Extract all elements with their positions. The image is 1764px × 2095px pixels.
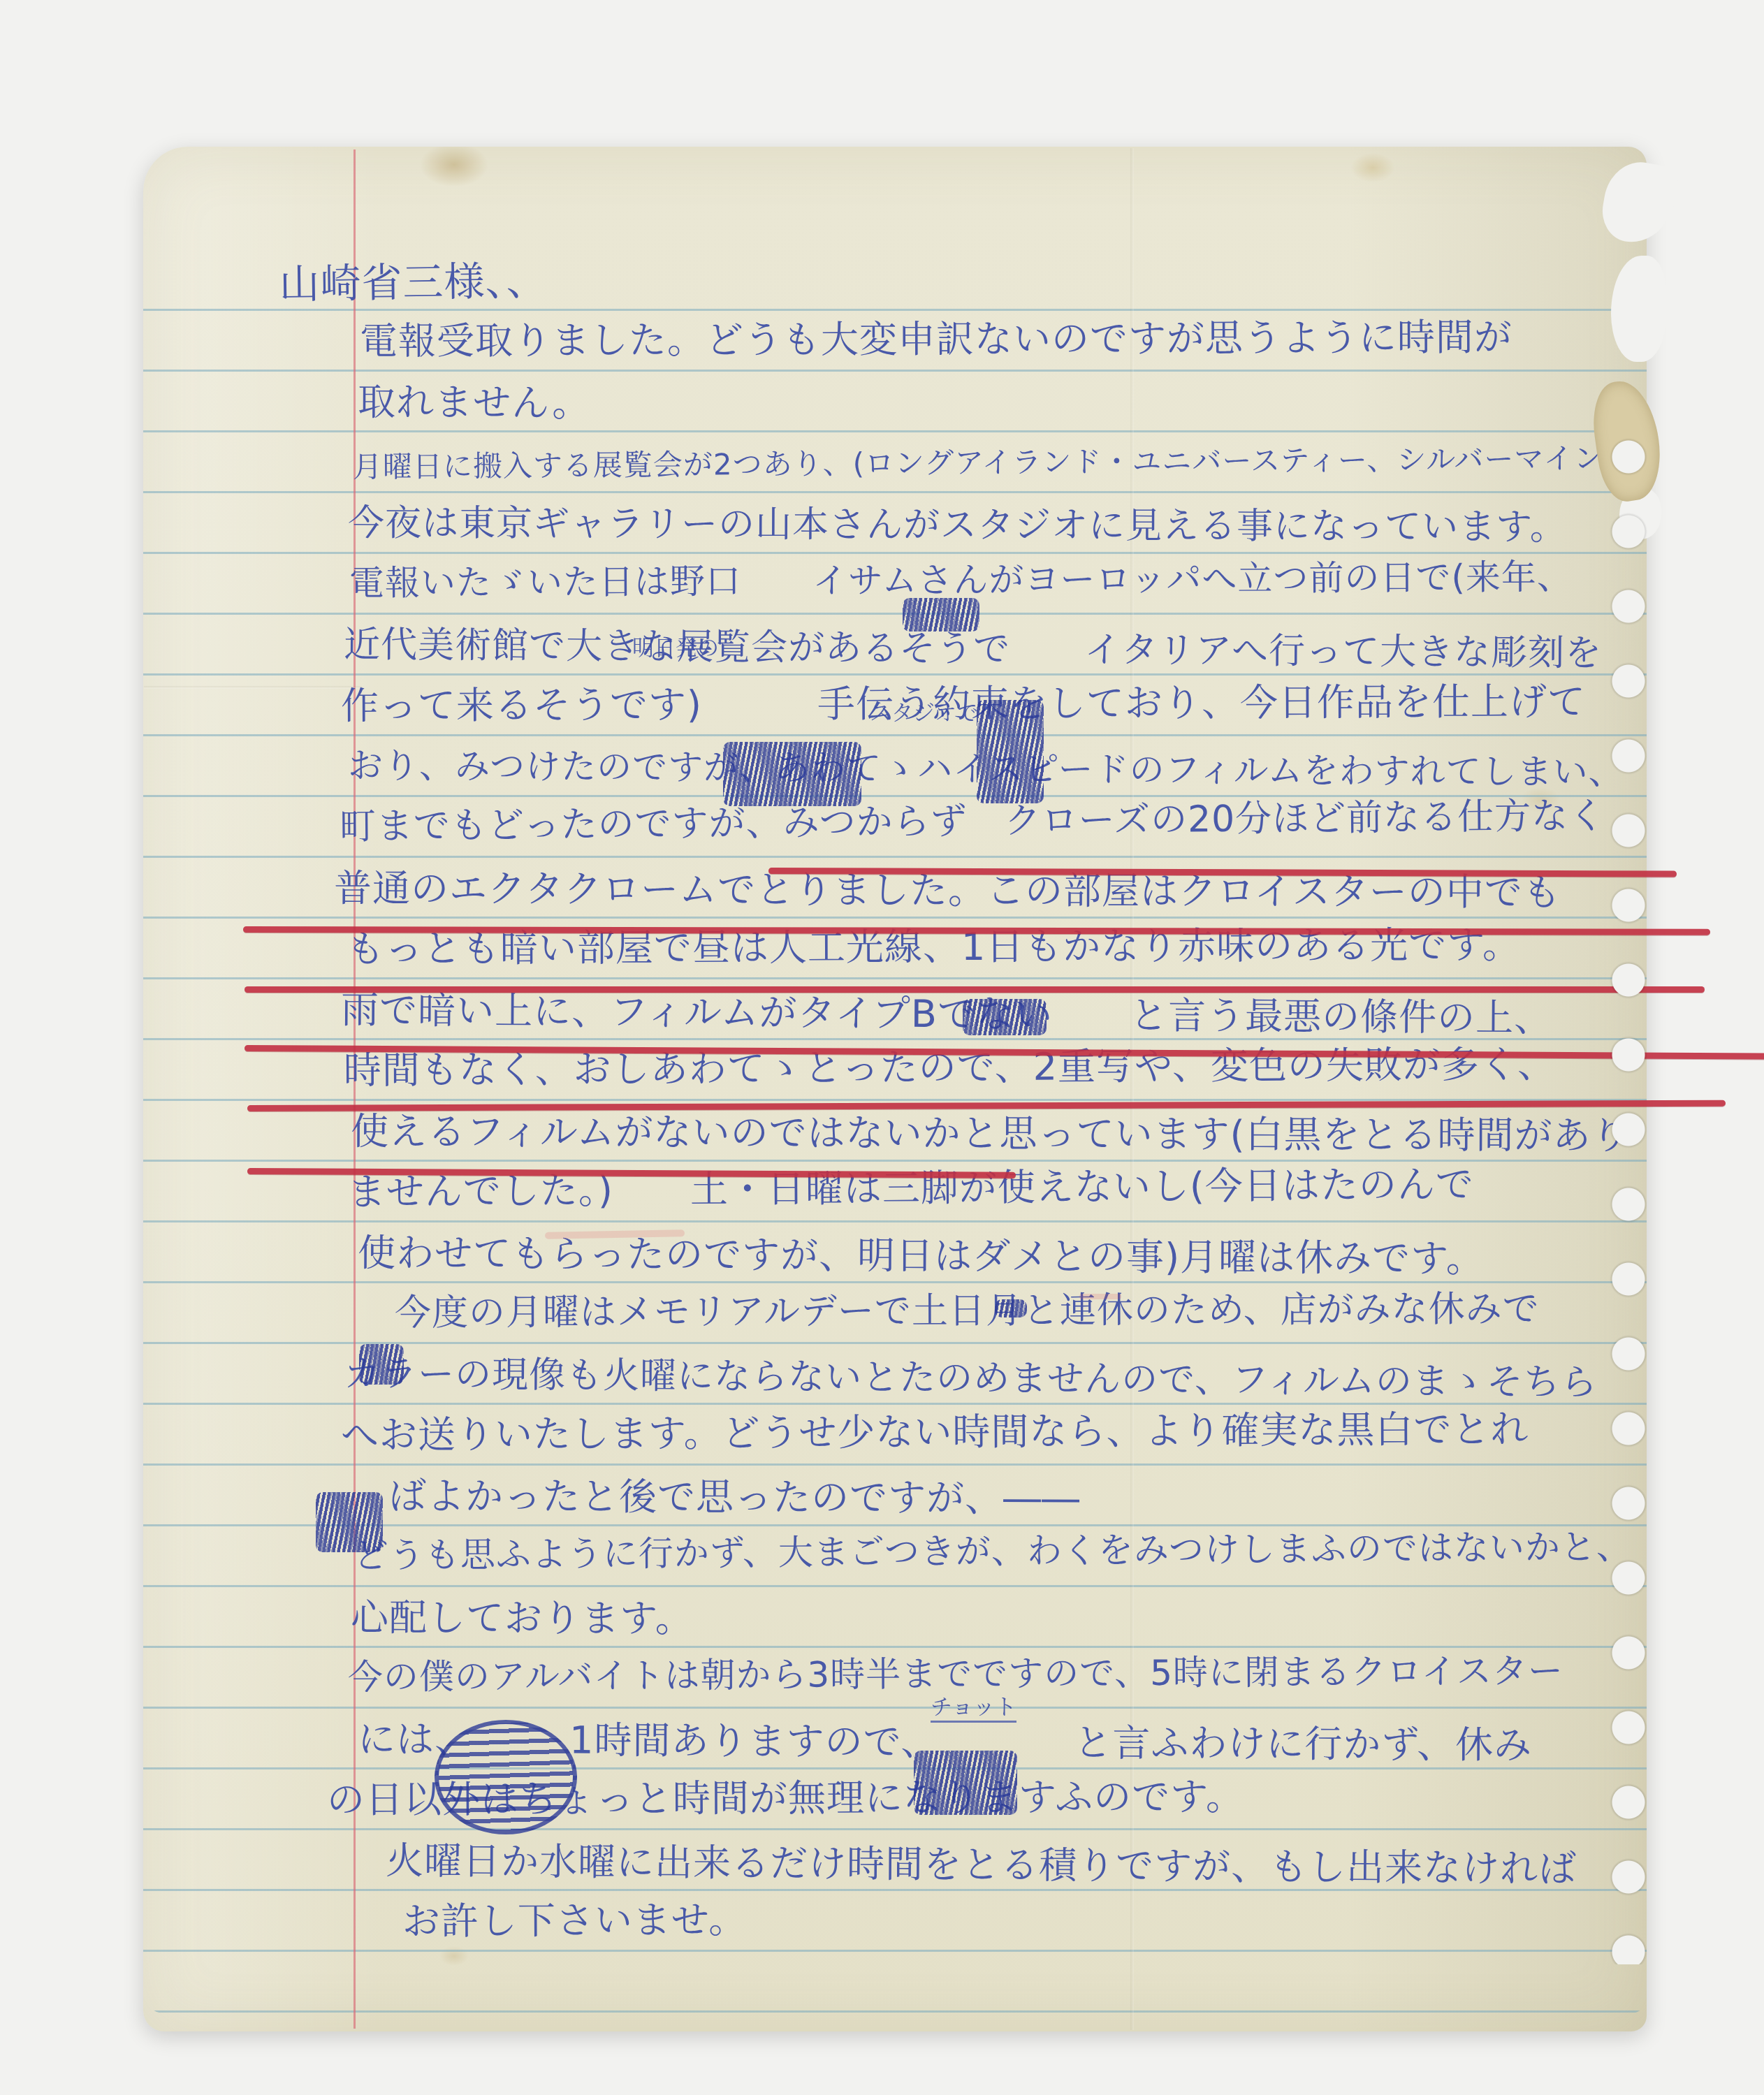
ink-scribble xyxy=(723,742,861,806)
scanned-letter-page: { "document_type": "handwritten letter (… xyxy=(0,0,1764,2095)
letter-line: 取れません。 xyxy=(358,384,591,423)
letter-line: お許し下さいませ。 xyxy=(402,1901,748,1941)
letter-line: 心配しております。 xyxy=(351,1599,694,1638)
ink-scribble xyxy=(914,1751,1017,1815)
interlinear-insertion: スタジオで xyxy=(870,695,978,727)
letter-line: ばよかったと後で思ったのですが、―― xyxy=(388,1477,1080,1517)
spiral-binding-holes xyxy=(1605,419,1652,1964)
letter-line: へお送りいたします。どうせ少ない時間なら、より確実な黒白でとれ xyxy=(341,1410,1529,1454)
letter-line: 町までもどったのですが、みつからず クローズの20分ほど前なる仕方なく xyxy=(340,798,1606,845)
letter-line: 山崎省三様、、 xyxy=(279,261,548,305)
letter-line: どうも思ふように行かず、大まごつきが、わくをみつけしまふのではないかと、 xyxy=(353,1529,1632,1573)
letter-line: 使わせてもらったのですが、明日はダメとの事)月曜は休みです。 xyxy=(358,1234,1485,1278)
letter-line: 電報いたゞいた日は野口 イサムさんがヨーロッパへ立つ前の日で(来年、 xyxy=(349,560,1573,601)
ink-scribble xyxy=(316,1492,383,1552)
letter-line: 火曜日か水曜に出来るだけ時間をとる積りですが、もし出来なければ xyxy=(386,1842,1577,1888)
ink-scribble xyxy=(977,700,1044,803)
ink-scribble xyxy=(903,598,979,632)
red-ink-smudge xyxy=(1079,1294,1121,1299)
letter-line: 月曜日に搬入する展覧会が2つあり、(ロングアイランド・ユニバースティー、シルバー… xyxy=(353,444,1616,482)
ink-scribble xyxy=(995,1299,1027,1317)
ink-scribble xyxy=(359,1344,404,1385)
letter-line: 電報受取りました。どうも大変申訳ないのですが思うように時間が xyxy=(360,319,1512,360)
letter-line: 雨で暗い上に、フィルムがタイプBでない と言う最悪の條件の上、 xyxy=(341,991,1552,1037)
horizontal-fold-crease xyxy=(144,686,362,689)
ink-scribble-oval xyxy=(435,1720,577,1834)
letter-line: 今夜は東京ギャラリーの山本さんがスタジオに見える事になっています。 xyxy=(348,505,1567,546)
letter-line: カラーの現像も火曜にならないとたのめませんので、フィルムのまゝそちら xyxy=(344,1356,1598,1401)
interlinear-insertion: チョット xyxy=(931,1689,1016,1723)
ink-scribble xyxy=(963,999,1047,1035)
letter-line: 近代美術館で大きな展覧会があるそうで イタリアへ行って大きな彫刻を xyxy=(344,627,1602,672)
interlinear-insertion: 明日発の xyxy=(632,630,719,662)
letter-line: 今度の月曜はメモリアルデーで土日月と連休のため、店がみな休みで xyxy=(358,1291,1540,1331)
red-underline xyxy=(245,986,1705,993)
letter-line: 使えるフィルムがないのではないかと思っています(白黒をとる時間があり xyxy=(351,1113,1630,1155)
